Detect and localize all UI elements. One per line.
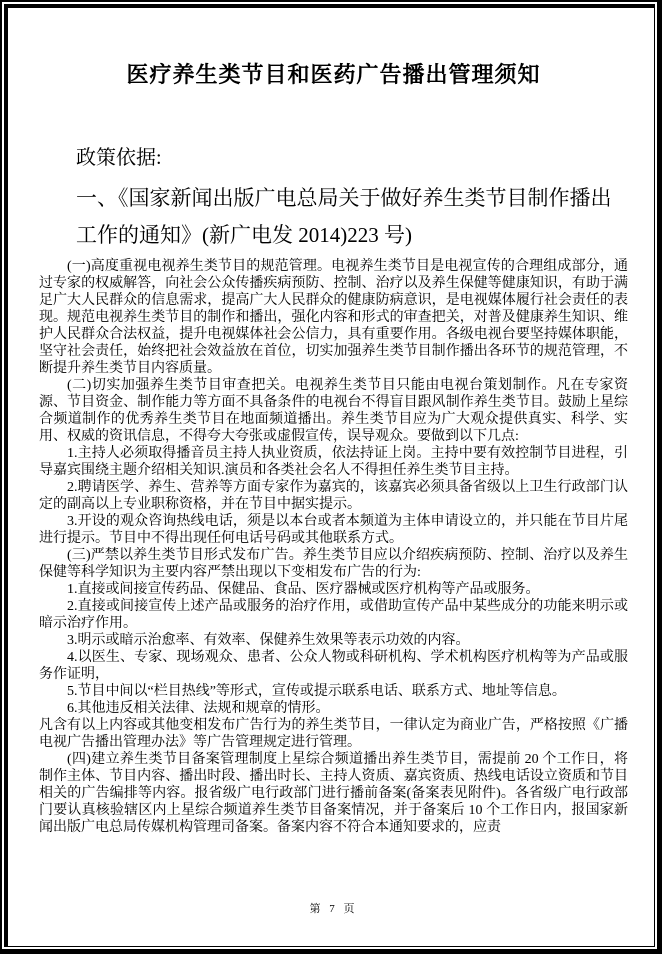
body-paragraph: 3.明示或暗示治愈率、有效率、保健养生效果等表示功效的内容。 <box>39 632 628 649</box>
page-border-frame: 医疗养生类节目和医药广告播出管理须知 政策依据: 一、《国家新闻出版广电总局关于… <box>4 4 655 947</box>
policy-basis-label: 政策依据: <box>76 144 628 172</box>
body-paragraph: 1.直接或间接宣传药品、保健品、食品、医疗器械或医疗机构等产品或服务。 <box>39 581 628 598</box>
body-paragraph: 2.聘请医学、养生、营养等方面专家作为嘉宾的，该嘉宾必须具备省级以上卫生行政部门… <box>39 479 628 513</box>
body-paragraph: 3.开设的观众咨询热线电话，须是以本台或者本频道为主体申请设立的，并只能在节目片… <box>39 513 628 547</box>
body-paragraph: (二)切实加强养生类节目审查把关。电视养生类节目只能由电视台策划制作。凡在专家资… <box>39 377 628 445</box>
policy-item-heading-line1: 一、《国家新闻出版广电总局关于做好养生类节目制作播出 <box>76 180 628 217</box>
document-body: (一)高度重视电视养生类节目的规范管理。电视养生类节目是电视宣传的合理组成部分，… <box>39 258 628 836</box>
body-paragraph: (三)严禁以养生类节目形式发布广告。养生类节目应以介绍疾病预防、控制、治疗以及养… <box>39 547 628 581</box>
document-title: 医疗养生类节目和医药广告播出管理须知 <box>39 60 628 90</box>
policy-item-heading: 一、《国家新闻出版广电总局关于做好养生类节目制作播出 工作的通知》(新广电发 2… <box>76 180 628 254</box>
body-paragraph: (一)高度重视电视养生类节目的规范管理。电视养生类节目是电视宣传的合理组成部分，… <box>39 258 628 377</box>
body-paragraph: 6.其他违反相关法律、法规和规章的情形。 <box>39 700 628 717</box>
body-paragraph: 1.主持人必须取得播音员主持人执业资质，依法持证上岗。主持中要有效控制节目进程，… <box>39 445 628 479</box>
body-paragraph: (四)建立养生类节目备案管理制度上星综合频道播出养生类节目，需提前 20 个工作… <box>39 751 628 836</box>
body-paragraph: 凡含有以上内容或其他变相发布广告行为的养生类节目，一律认定为商业广告，严格按照《… <box>39 717 628 751</box>
page-number-footer: 第 7 页 <box>39 900 628 946</box>
body-paragraph: 2.直接或间接宣传上述产品或服务的治疗作用，或借助宣传产品中某些成分的功能来明示… <box>39 598 628 632</box>
body-paragraph: 4.以医生、专家、现场观众、患者、公众人物或科研机构、学术机构医疗机构等为产品或… <box>39 649 628 683</box>
document-page: 医疗养生类节目和医药广告播出管理须知 政策依据: 一、《国家新闻出版广电总局关于… <box>0 0 662 954</box>
policy-item-heading-line2: 工作的通知》(新广电发 2014)223 号) <box>76 217 628 254</box>
body-paragraph: 5.节目中间以“栏目热线”等形式，宣传或提示联系电话、联系方式、地址等信息。 <box>39 683 628 700</box>
